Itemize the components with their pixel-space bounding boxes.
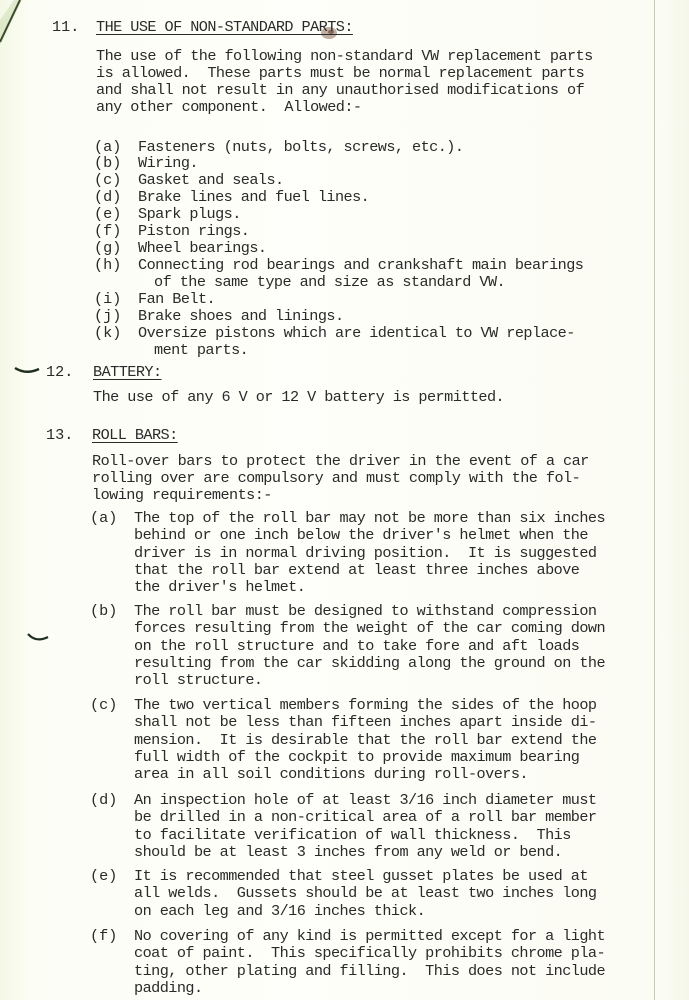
page-corner-fold (0, 0, 22, 45)
list-item-label: (e) (90, 868, 117, 885)
list-item-text: Oversize pistons which are identical to … (138, 325, 575, 342)
section-heading: BATTERY: (93, 364, 162, 381)
list-item-text: Brake shoes and linings. (138, 308, 344, 325)
page-edge-line (654, 0, 655, 1000)
list-item-text: resulting from the car skidding along th… (134, 655, 605, 672)
list-item-text: The roll bar must be designed to withsta… (134, 603, 596, 620)
list-item-label: (f) (94, 223, 121, 240)
list-item-label: (g) (94, 240, 121, 257)
list-item-text: padding. (134, 980, 203, 997)
list-item-text: ting, other plating and filling. This do… (134, 963, 605, 980)
list-item-label: (c) (90, 697, 117, 714)
list-item-text: Spark plugs. (138, 206, 241, 223)
list-item-text: The top of the roll bar may not be more … (134, 510, 605, 527)
list-item-text: driver is in normal driving position. It… (134, 545, 596, 562)
list-item-label: (k) (94, 325, 121, 342)
list-item-text: full width of the cockpit to provide max… (134, 749, 579, 766)
list-item-text: to facilitate verification of wall thick… (134, 827, 571, 844)
list-item-text: the driver's helmet. (134, 579, 305, 596)
paragraph-line: any other component. Allowed:- (96, 99, 361, 116)
paragraph-line: rolling over are compulsory and must com… (92, 470, 580, 487)
list-item-label: (i) (94, 291, 121, 308)
list-item-text: be drilled in a non-critical area of a r… (134, 809, 596, 826)
section-heading: THE USE OF NON-STANDARD PARTS: (96, 19, 353, 36)
list-item-label: (c) (94, 172, 121, 189)
list-item-text: on the roll structure and to take fore a… (134, 638, 579, 655)
list-item-text: mension. It is desirable that the roll b… (134, 732, 596, 749)
list-item-text: ment parts. (154, 342, 248, 359)
list-item-label: (d) (90, 792, 117, 809)
list-item-text: No covering of any kind is permitted exc… (134, 928, 605, 945)
list-item-text: behind or one inch below the driver's he… (134, 527, 588, 544)
list-item-text: Wheel bearings. (138, 240, 266, 257)
list-item-text: The two vertical members forming the sid… (134, 697, 596, 714)
paragraph-line: and shall not result in any unauthorised… (96, 82, 584, 99)
list-item-label: (f) (90, 928, 117, 945)
list-item-label: (a) (90, 510, 117, 527)
list-item-text: coat of paint. This specifically prohibi… (134, 945, 605, 962)
paragraph-line: is allowed. These parts must be normal r… (96, 65, 584, 82)
list-item-text: should be at least 3 inches from any wel… (134, 844, 562, 861)
paragraph-line: Roll-over bars to protect the driver in … (92, 453, 589, 470)
paragraph-line: The use of the following non-standard VW… (96, 48, 593, 65)
list-item-text: Fan Belt. (138, 291, 215, 308)
list-item-text: all welds. Gussets should be at least tw… (134, 885, 596, 902)
section-number: 12. (46, 364, 73, 381)
section-number: 13. (46, 427, 73, 444)
list-item-label: (b) (90, 603, 117, 620)
list-item-text: forces resulting from the weight of the … (134, 620, 605, 637)
paragraph-line: The use of any 6 V or 12 V battery is pe… (93, 389, 504, 406)
paragraph-line: lowing requirements:- (92, 487, 272, 504)
list-item-text: An inspection hole of at least 3/16 inch… (134, 792, 596, 809)
list-item-text: Connecting rod bearings and crankshaft m… (138, 257, 583, 274)
list-item-label: (j) (94, 308, 121, 325)
scanned-page: 11.THE USE OF NON-STANDARD PARTS:The use… (0, 0, 689, 1000)
list-item-text: that the roll bar extend at least three … (134, 562, 579, 579)
section-heading: ROLL BARS: (92, 427, 178, 444)
list-item-label: (e) (94, 206, 121, 223)
list-item-text: It is recommended that steel gusset plat… (134, 868, 588, 885)
list-item-text: Brake lines and fuel lines. (138, 189, 369, 206)
list-item-text: on each leg and 3/16 inches thick. (134, 903, 425, 920)
ink-mark (26, 631, 50, 643)
list-item-label: (b) (94, 155, 121, 172)
list-item-label: (d) (94, 189, 121, 206)
list-item-text: Wiring. (138, 155, 198, 172)
list-item-text: area in all soil conditions during roll-… (134, 766, 528, 783)
list-item-text: Piston rings. (138, 223, 249, 240)
list-item-text: of the same type and size as standard VW… (154, 274, 505, 291)
section-number: 11. (52, 19, 79, 36)
list-item-label: (h) (94, 257, 121, 274)
ink-mark (14, 366, 40, 374)
list-item-text: shall not be less than fifteen inches ap… (134, 714, 596, 731)
list-item-text: roll structure. (134, 672, 262, 689)
list-item-text: Gasket and seals. (138, 172, 284, 189)
